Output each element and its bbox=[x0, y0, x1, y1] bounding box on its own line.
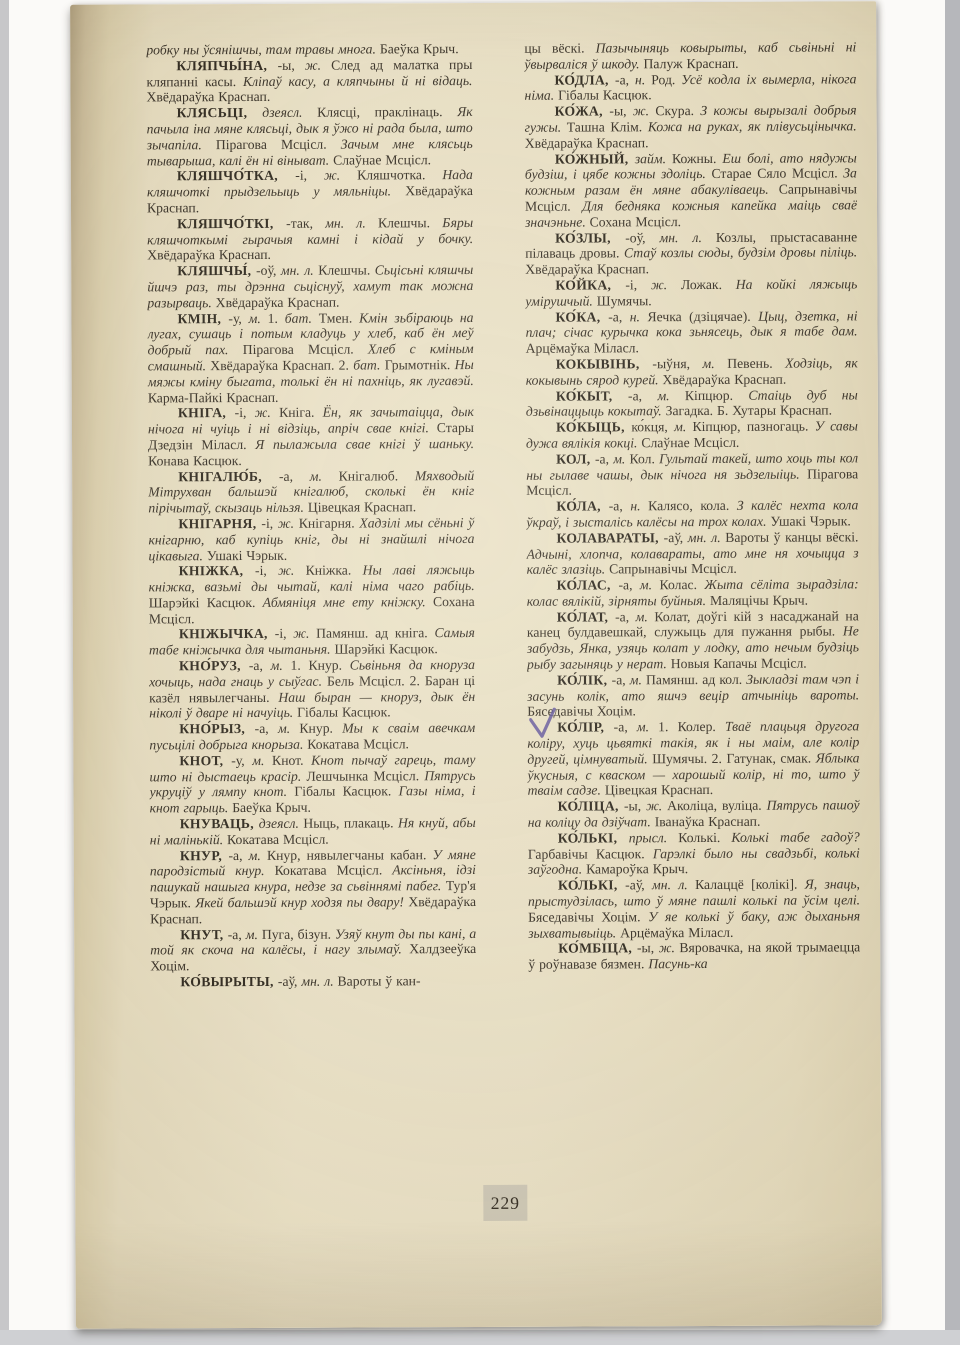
definition-text: Хвёдараўка Краснап. 2. bbox=[210, 357, 353, 373]
dictionary-entry: КО́ЙКА, -і, ж. Ложак. На койкі ляжыць ум… bbox=[525, 276, 857, 309]
definition-text: -а, bbox=[615, 72, 635, 87]
definition-text: Грымотнік. bbox=[385, 357, 455, 372]
headword: КНО́РУЗ, bbox=[179, 658, 249, 673]
dictionary-entry: КО́МБІЦА, -ы, ж. Вяровачка, на якой трым… bbox=[528, 940, 860, 973]
dictionary-entry: КНІЖКА, -і, ж. Кніжка. Ны лаві ляжыць кн… bbox=[149, 562, 475, 627]
definition-text: Іванаўка Краснап. bbox=[655, 814, 761, 829]
example-text: дзеясл. bbox=[259, 816, 304, 831]
dictionary-entry: КО́ЛА, -а, н. Калясо, кола. З калёс нехт… bbox=[526, 497, 858, 530]
example-text: Кліпаў касу, а кляпчыны й ні відаць. bbox=[243, 73, 473, 89]
headword: КМІН, bbox=[177, 311, 228, 326]
headword: КНОТ, bbox=[179, 753, 231, 768]
definition-text: Кнігарня. bbox=[299, 515, 360, 530]
example-text: м. bbox=[636, 609, 655, 624]
definition-text: Гібалы Касцюк. bbox=[558, 88, 652, 103]
definition-text: -аў, bbox=[625, 877, 652, 892]
definition-text: -а, bbox=[618, 577, 640, 592]
definition-text: Ташна Клім. bbox=[567, 119, 648, 134]
example-text: прысл. bbox=[629, 830, 679, 845]
definition-text: -ы, bbox=[278, 58, 305, 73]
headword: КО́МБІЦА, bbox=[558, 941, 637, 956]
definition-text: Памянш. ад кніга. bbox=[316, 626, 434, 642]
dictionary-entry: КО́КЫЦЬ, ко́кця, м. Кіпцюр, пазногаць. У… bbox=[526, 418, 858, 451]
definition-text: Аколіца, вуліца. bbox=[667, 798, 767, 813]
headword: КЛЯПЧЫ́НА, bbox=[176, 58, 277, 73]
definition-text: Колас. bbox=[659, 577, 704, 592]
headword: КО́ЛЬКІ, bbox=[558, 878, 625, 893]
example-text: мн. л. bbox=[281, 263, 318, 278]
example-text: м. bbox=[278, 721, 300, 736]
headword: КО́ДЛА, bbox=[554, 72, 615, 87]
dictionary-entry: КЛЯПЧЫ́НА, -ы, ж. След ад малатка пры кл… bbox=[146, 57, 472, 106]
dictionary-entry: КО́ЖНЫЙ, займ. Кожны. Еш болі, ато нядуж… bbox=[525, 150, 857, 230]
headword: КЛЯШЧО́ТКІ, bbox=[177, 216, 286, 231]
headword: КНІГАЛЮ́Б, bbox=[178, 468, 279, 483]
example-text: м. bbox=[252, 753, 272, 768]
headword: КО́ЛЬКІ, bbox=[558, 830, 629, 845]
definition-text: Вароты ў канцы вёскі. bbox=[725, 529, 858, 545]
definition-text: Клешчы. bbox=[318, 263, 375, 278]
definition-text: 1. Кнур. bbox=[290, 658, 349, 673]
headword: КОЛ, bbox=[556, 451, 595, 466]
definition-text: 1. bbox=[268, 310, 285, 325]
definition-text: Баеўка Крыч. bbox=[232, 800, 311, 815]
definition-text: Кокатава Мсцісл. bbox=[275, 863, 393, 879]
definition-text: Хвёдараўка Краснап. bbox=[525, 135, 649, 151]
example-text: бат. bbox=[285, 310, 319, 325]
headword: КНУР, bbox=[180, 848, 229, 863]
example-text: ж. bbox=[651, 277, 681, 292]
definition-text: Кокатава Мсцісл. bbox=[307, 736, 409, 751]
headword: КОКЫВІНЬ, bbox=[556, 356, 653, 371]
example-text: Кожа на руках, як плівусьцінычка. bbox=[648, 118, 857, 134]
definition-text: Клясці, праклінаць. bbox=[317, 104, 457, 120]
dictionary-entry: КЛЯСЬЦІ, дзеясл. Клясці, праклінаць. Як … bbox=[147, 104, 473, 169]
definition-text: Камароўка Крыч. bbox=[586, 862, 688, 877]
dictionary-entry: КНІЖЫЧКА, -і, ж. Памянш. ад кніга. Самыя… bbox=[149, 625, 475, 658]
example-text: займ. bbox=[635, 151, 672, 166]
definition-text: -аў, bbox=[278, 974, 302, 989]
definition-text: -оў, bbox=[256, 263, 281, 278]
example-text: дзеясл. bbox=[262, 105, 317, 120]
dictionary-entry: КНО́РУЗ, -а, м. 1. Кнур. Сьвіньня да кно… bbox=[149, 657, 475, 722]
definition-text: -і, bbox=[295, 168, 324, 183]
example-text: м. bbox=[310, 468, 339, 483]
headword: КО́ЛАТ, bbox=[557, 609, 615, 624]
definition-text: Кляшчотка. bbox=[357, 168, 442, 183]
example-text: м. bbox=[657, 388, 685, 403]
page-number-box: 229 bbox=[483, 1185, 527, 1221]
definition-text: Баеўка Крыч. bbox=[380, 41, 459, 56]
definition-text: Шумячы. 2. Гатунак, смак. bbox=[652, 750, 816, 766]
definition-text: -а, bbox=[612, 672, 630, 687]
definition-text: Кол. bbox=[629, 451, 659, 466]
headword: КО́ЗЛЫ, bbox=[555, 230, 625, 245]
definition-text: Слаўнае Мсцісл. bbox=[333, 152, 431, 167]
definition-text: Цівецкая Краснап. bbox=[605, 782, 713, 797]
example-text: Пасунь-ка bbox=[648, 956, 707, 971]
definition-text: Кожны. bbox=[672, 150, 722, 165]
example-text: н. bbox=[630, 498, 648, 513]
definition-text: Хвёдараўка Краснап. bbox=[216, 294, 340, 310]
example-text: Абмяніця мне ету кніжку. bbox=[263, 594, 433, 610]
headword: КНО́РЫЗ, bbox=[179, 721, 254, 736]
dictionary-entry: КО́ЛАТ, -а, м. Колат, доўгі кій з насадж… bbox=[527, 608, 859, 673]
example-text: м. bbox=[674, 419, 692, 434]
example-text: м. bbox=[630, 672, 646, 687]
definition-text: -а, bbox=[615, 609, 636, 624]
example-text: н. bbox=[635, 72, 651, 87]
headword: КНІЖЫЧКА, bbox=[179, 626, 275, 641]
definition-text: Кіпцюр, пазногаць. bbox=[692, 419, 814, 435]
definition-text: Гібалы Касцюк. bbox=[294, 784, 398, 799]
headword: КО́ЛІК, bbox=[557, 672, 612, 687]
definition-text: Сохана Мсцісл. bbox=[590, 214, 681, 229]
headword: КО́КЫЦЬ, bbox=[556, 419, 631, 434]
headword: КНУТ, bbox=[180, 927, 228, 942]
definition-text: Арцёмаўка Міласл. bbox=[526, 340, 639, 355]
dictionary-entry: КНО́РЫЗ, -а, м. Кнур. Мы к сваім авечкам… bbox=[149, 720, 475, 753]
dictionary-entry: КО́ЖА, -ы, ж. Скура. З кожы вырызалі доб… bbox=[525, 103, 857, 152]
dictionary-entry: КОКЫВІНЬ, -ыўня, м. Певень. Ходзіць, як … bbox=[526, 355, 858, 388]
scan-edge-right bbox=[945, 0, 960, 1345]
example-text: ж. bbox=[633, 103, 656, 118]
definition-text: Ложак. bbox=[681, 277, 736, 292]
example-text: м. bbox=[249, 848, 267, 863]
definition-text: Лешчынка Мсцісл. bbox=[306, 768, 424, 784]
definition-text: -і, bbox=[275, 626, 294, 641]
definition-text: -а, bbox=[609, 498, 631, 513]
dictionary-entry: КНІГАРНЯ, -і, ж. Кнігарня. Хадзілі мы сё… bbox=[148, 515, 474, 564]
headword: КО́ВЫРЫТЫ, bbox=[180, 974, 278, 989]
definition-text: -ыўня, bbox=[652, 356, 702, 371]
example-text: мн. л. bbox=[652, 877, 695, 892]
dictionary-entry: КО́ВЫРЫТЫ, -аў, мн. л. Вароты ў кан- bbox=[150, 973, 476, 990]
example-text: ж. bbox=[646, 798, 667, 813]
right-text-column: цы вёскі. Пазычыняць ковырыты, каб сьвін… bbox=[524, 39, 861, 1282]
definition-text: Новыя Капачы Мсцісл. bbox=[671, 656, 807, 672]
definition-text: ко́кця, bbox=[631, 419, 674, 434]
example-text: мн. л. bbox=[325, 215, 378, 230]
example-text: м. bbox=[702, 356, 727, 371]
definition-text: Кнот. bbox=[272, 753, 311, 768]
dictionary-entry: КНУВАЦЬ, дзеясл. Ныць, плакаць. Ня кнуй,… bbox=[150, 815, 476, 848]
dictionary-entry: КЛЯШЧО́ТКА, -і, ж. Кляшчотка. Нада кляшч… bbox=[147, 167, 473, 216]
definition-text: Пірагова Мсцісл. bbox=[216, 136, 341, 152]
dictionary-entry: КНІГАЛЮ́Б, -а, м. Кнігалюб. Мяхводый Міт… bbox=[148, 468, 474, 517]
dictionary-entry: КО́КА, -а, н. Яечка (дзіцячае). Цыц, дзе… bbox=[525, 308, 857, 357]
definition-text: -у, bbox=[231, 753, 252, 768]
example-text: н. bbox=[630, 309, 648, 324]
example-text: бат. bbox=[353, 357, 385, 372]
dictionary-entry: КЛЯШЧО́ТКІ, -так, мн. л. Клешчы. Бяры кл… bbox=[147, 215, 473, 264]
example-text: ж. bbox=[255, 405, 279, 420]
dictionary-entry: КОЛ, -а, м. Кол. Гультай такей, што хоць… bbox=[526, 450, 858, 499]
definition-text: Бяседавічы Хоцім. bbox=[527, 704, 636, 719]
headword: КНІГА, bbox=[178, 405, 235, 420]
definition-text: Гарбавічы Касцюк. bbox=[528, 846, 653, 862]
dictionary-entry: КЛЯШЧЫ́, -оў, мн. л. Клешчы. Сьцісьні кл… bbox=[147, 262, 473, 311]
definition-text: Род. bbox=[651, 72, 681, 87]
example-text: ж. bbox=[659, 941, 680, 956]
example-text: мн. л. bbox=[688, 530, 726, 545]
definition-text: Хвёдараўка Краснап. bbox=[662, 371, 786, 387]
definition-text: Калаццё [колікі]. bbox=[695, 877, 805, 892]
definition-text: Ныць, плакаць. bbox=[303, 815, 398, 830]
headword: КНІГАРНЯ, bbox=[178, 516, 261, 531]
headword: КО́ЛІЦА, bbox=[558, 799, 624, 814]
dictionary-entry: КО́ЛІЦА, -ы, ж. Аколіца, вуліца. Пятрусь… bbox=[528, 798, 860, 831]
example-text: м. bbox=[613, 451, 629, 466]
example-text: м. bbox=[637, 719, 658, 734]
definition-text: Кокатава Мсцісл. bbox=[227, 831, 329, 846]
definition-text: Вароты ў кан- bbox=[338, 973, 421, 988]
dictionary-entry: КО́КЫТ, -а, м. Кіпцюр. Стаіць дуб ны дзь… bbox=[526, 387, 858, 420]
example-text: Я пылажыла свае кнігі ў шаньку. bbox=[255, 436, 474, 452]
example-text: ж. bbox=[293, 626, 316, 641]
headword: КО́ЛА, bbox=[556, 499, 608, 514]
example-text: ж. bbox=[278, 563, 306, 578]
left-text-column: робку ны ўсянішчы, там травы многа. Баеў… bbox=[146, 41, 477, 1284]
example-text: ж. bbox=[305, 57, 331, 72]
definition-text: Пуга, бізун. bbox=[262, 926, 335, 941]
definition-text: Шарэйкі Касцюк. bbox=[334, 641, 437, 656]
definition-text: -ы, bbox=[637, 941, 659, 956]
headword: КО́ЖНЫЙ, bbox=[555, 151, 635, 166]
example-text: мн. л. bbox=[301, 974, 337, 989]
entry-continuation: робку ны ўсянішчы, там травы многа. Баеў… bbox=[146, 41, 472, 58]
dictionary-entry: КО́ЛІК, -а, м. Памянш. ад кол. Зыкладзі … bbox=[527, 671, 859, 720]
definition-text: Хвёдараўка Краснап. bbox=[146, 89, 270, 105]
definition-text: Памянш. ад кол. bbox=[646, 672, 746, 687]
definition-text: Яечка (дзіцячае). bbox=[647, 308, 758, 323]
definition-text: -і, bbox=[625, 277, 651, 292]
headword: КО́ЙКА, bbox=[555, 277, 625, 292]
definition-text: Шумячы. bbox=[597, 293, 652, 308]
dictionary-entry: КО́ЛАС, -а, м. Колас. Жыта сёліта зырадз… bbox=[527, 576, 859, 609]
definition-text: Шарэйкі Касцюк. bbox=[149, 595, 263, 610]
definition-text: -ы, bbox=[624, 799, 646, 814]
definition-text: Маляцічы Крыч. bbox=[710, 592, 808, 607]
definition-text: Кнур. bbox=[299, 721, 342, 736]
example-text: мн. л. bbox=[659, 230, 715, 245]
definition-text: -у, bbox=[228, 311, 248, 326]
definition-text: Палуж Краснап. bbox=[643, 56, 738, 71]
example-text: Колькі табе гадоў? bbox=[731, 829, 859, 845]
headword: КО́ЛІР, bbox=[557, 720, 613, 735]
definition-text: -а, bbox=[249, 658, 271, 673]
definition-text: 1. Колер. bbox=[658, 719, 725, 734]
dictionary-entry: КО́ЛЬКІ, прысл. Колькі. Колькі табе гадо… bbox=[528, 829, 860, 878]
headword: КЛЯШЧЫ́, bbox=[177, 263, 256, 278]
definition-text: Старае Сяло Мсцісл. bbox=[711, 166, 843, 182]
headword: КНІЖКА, bbox=[179, 563, 255, 578]
headword: КОЛАВАРАТЫ, bbox=[556, 530, 663, 545]
example-text: м. bbox=[271, 658, 291, 673]
definition-text: Кіпцюр. bbox=[685, 387, 748, 402]
definition-text: Карма-Пайкі Краснап. bbox=[148, 389, 279, 405]
definition-text: -і, bbox=[261, 516, 278, 531]
headword: КЛЯСЬЦІ, bbox=[177, 105, 263, 120]
definition-text: -а, bbox=[255, 721, 278, 736]
definition-text: Певень. bbox=[727, 356, 785, 371]
definition-text: Гібалы Касцюк. bbox=[297, 705, 391, 720]
dictionary-entry: КОЛАВАРАТЫ, -аў, мн. л. Вароты ў канцы в… bbox=[526, 529, 858, 578]
definition-text: Колькі. bbox=[678, 830, 731, 845]
definition-text: -і, bbox=[235, 405, 255, 420]
dictionary-entry: КНОТ, -у, м. Кнот. Кнот пычаў гарець, та… bbox=[149, 752, 475, 817]
definition-text: Хвёдараўка Краснап. bbox=[525, 261, 649, 277]
headword: КО́КЫТ, bbox=[556, 388, 628, 403]
definition-text: Сапрынавічы Мсцісл. bbox=[609, 561, 737, 577]
definition-text: -так, bbox=[286, 215, 325, 230]
dictionary-entry: КНУТ, -а, м. Пуга, бізун. Узяў кнут ды п… bbox=[150, 926, 476, 975]
book-page: робку ны ўсянішчы, там травы многа. Баеў… bbox=[70, 1, 882, 1329]
definition-text: Слаўнае Мсцісл. bbox=[641, 435, 739, 450]
definition-text: Калясо, кола. bbox=[648, 498, 737, 513]
dictionary-entry: КМІН, -у, м. 1. бат. Тмен. Кмін зьбіраюц… bbox=[147, 310, 473, 406]
scan-edge-bottom bbox=[0, 1330, 960, 1345]
example-text: м. bbox=[246, 927, 262, 942]
scan-edge-left bbox=[0, 0, 9, 1345]
definition-text: -а, bbox=[608, 309, 630, 324]
example-text: м. bbox=[640, 577, 660, 592]
headword: КО́ЖА, bbox=[555, 104, 610, 119]
headword: КО́КА, bbox=[555, 309, 608, 324]
headword: КЛЯШЧО́ТКА, bbox=[177, 168, 295, 184]
example-text: робку ны ўсянішчы, там травы многа. bbox=[146, 41, 380, 57]
definition-text: Бяседавічы Хоцім. bbox=[528, 909, 648, 925]
definition-text: Клешчы. bbox=[378, 215, 442, 230]
example-text: м. bbox=[249, 310, 268, 325]
definition-text: Арцёмаўка Міласл. bbox=[620, 925, 733, 940]
definition-text: -а, bbox=[628, 388, 657, 403]
definition-text: Ушакі Чэрык. bbox=[770, 513, 850, 528]
definition-text: Кнур, нявылегчаны кабан. bbox=[267, 847, 433, 863]
definition-text: Загадка. Б. Хутары Краснап. bbox=[666, 403, 833, 419]
definition-text: -а, bbox=[279, 468, 310, 483]
definition-text: -а, bbox=[614, 720, 637, 735]
definition-text: -і, bbox=[255, 563, 278, 578]
definition-text: Кніга. bbox=[279, 405, 323, 420]
definition-text: Ушакі Чэрык. bbox=[207, 547, 287, 562]
definition-text: Пірагова Мсцісл. bbox=[243, 342, 368, 358]
definition-text: Тмен. bbox=[319, 310, 359, 325]
scanned-dictionary-page-screenshot: { "page": { "number": "229", "paper_colo… bbox=[0, 0, 960, 1345]
example-text: Якей бальшэй кнур ходзя пы двару! bbox=[195, 894, 408, 910]
definition-text: Конава Касцюк. bbox=[148, 453, 242, 468]
definition-text: Кніжка. bbox=[306, 563, 363, 578]
dictionary-entry: КНУР, -а, м. Кнур, нявылегчаны кабан. У … bbox=[150, 847, 476, 927]
definition-text: Кнігалюб. bbox=[339, 468, 415, 483]
definition-text: Скура. bbox=[655, 103, 700, 118]
entry-continuation: цы вёскі. Пазычыняць ковырыты, каб сьвін… bbox=[524, 39, 856, 72]
page-number: 229 bbox=[491, 1192, 520, 1213]
dictionary-entry: КО́ЛЬКІ, -аў, мн. л. Калаццё [колікі]. Я… bbox=[528, 877, 860, 942]
definition-text: Цівецкая Краснап. bbox=[308, 499, 416, 514]
definition-text: -а, bbox=[228, 927, 246, 942]
definition-text: цы вёскі. bbox=[524, 40, 595, 55]
definition-text: -ы, bbox=[609, 103, 633, 118]
dictionary-entry: КО́ЛІР, -а, м. 1. Колер. Тваё плацьця др… bbox=[527, 719, 859, 799]
headword: КНУВАЦЬ, bbox=[180, 816, 259, 831]
example-text: ж. bbox=[278, 516, 299, 531]
example-text: ж. bbox=[324, 168, 357, 183]
definition-text: Хвёдараўка Краснап. bbox=[147, 247, 271, 263]
definition-text: -а, bbox=[228, 848, 248, 863]
dictionary-entry: КО́ДЛА, -а, н. Род. Усё кодла іх вымерла… bbox=[524, 71, 856, 104]
dictionary-entry: КНІГА, -і, ж. Кніга. Ён, як зачытаіцца, … bbox=[148, 404, 474, 469]
definition-text: -а, bbox=[595, 451, 613, 466]
dictionary-entry: КО́ЗЛЫ, -оў, мн. л. Козлы, прыстасаванне… bbox=[525, 229, 857, 278]
definition-text: -оў, bbox=[625, 230, 659, 245]
definition-text: -аў, bbox=[664, 530, 688, 545]
example-text: Стаў козлы сюды, будзім дровы піліць. bbox=[624, 245, 857, 261]
headword: КО́ЛАС, bbox=[557, 577, 619, 592]
